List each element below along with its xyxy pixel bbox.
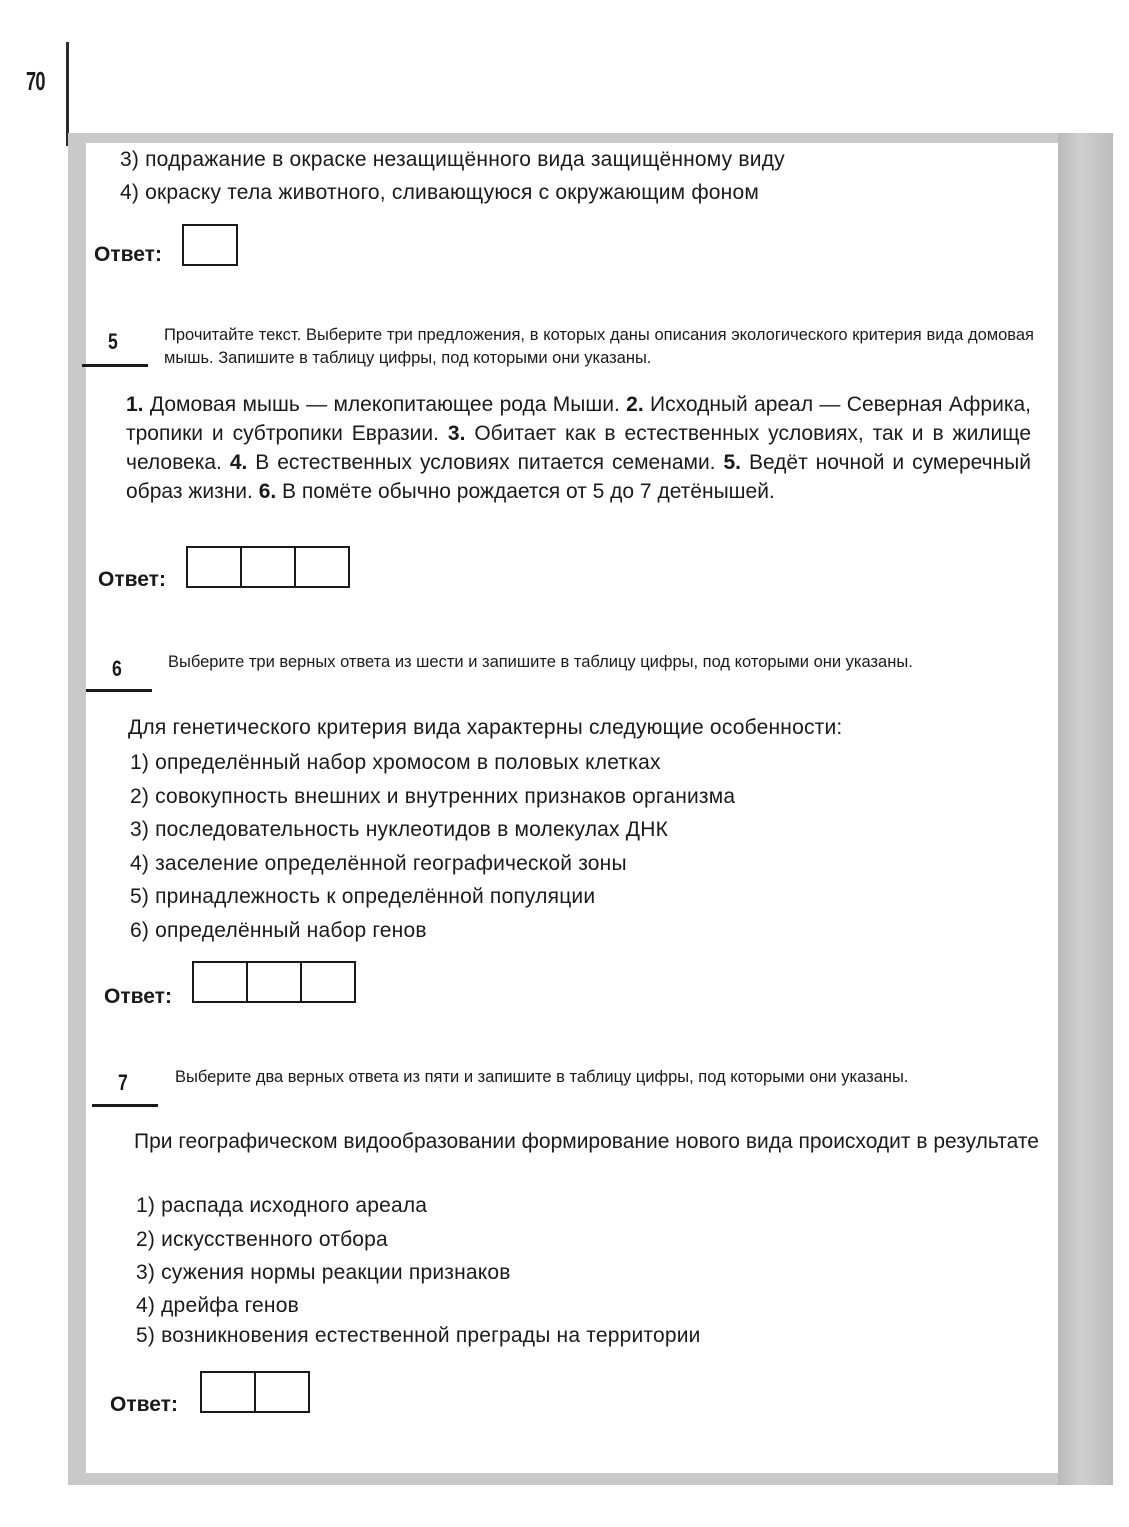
sentence-text: В помёте обычно рождается от 5 до 7 детё… [276, 480, 775, 503]
sentence-number: 5. [723, 451, 741, 474]
answer-cell[interactable] [242, 548, 296, 586]
task4-option-3: 3) подражание в окраске незащищённого ви… [120, 148, 785, 172]
task5-instruction: Прочитайте текст. Выберите три предложен… [164, 324, 1034, 370]
task6-option-6: 6) определённый набор генов [130, 919, 427, 943]
task7-option-4: 4) дрейфа генов [136, 1294, 299, 1318]
sentence-number: 1. [126, 393, 144, 416]
answer-cell[interactable] [248, 963, 302, 1001]
sentence-number: 3. [448, 422, 466, 445]
task5-passage: 1. Домовая мышь — млекопитающее рода Мыш… [126, 390, 1031, 506]
page-number: 70 [26, 66, 45, 97]
answer-cell[interactable] [202, 1373, 256, 1411]
task7-answer-label: Ответ: [110, 1393, 178, 1417]
task6-number: 6 [112, 656, 122, 682]
task4-answer-label: Ответ: [94, 243, 162, 267]
task7-option-2: 2) искусственного отбора [136, 1228, 388, 1252]
task6-option-2: 2) совокупность внешних и внутренних при… [130, 785, 735, 809]
task6-answer-boxes [192, 961, 356, 1003]
task6-option-5: 5) принадлежность к определённой популяц… [130, 885, 595, 909]
task6-rule [86, 689, 152, 692]
task7-option-1: 1) распада исходного ареала [136, 1194, 427, 1218]
task7-option-3: 3) сужения нормы реакции признаков [136, 1261, 511, 1285]
task6-option-4: 4) заселение определённой географической… [130, 852, 627, 876]
task7-option-5: 5) возникновения естественной преграды н… [136, 1324, 701, 1348]
page-frame-shadow [1058, 133, 1113, 1485]
sentence-number: 4. [230, 451, 248, 474]
task5-answer-boxes [186, 546, 350, 588]
task6-stem: Для генетического критерия вида характер… [128, 716, 842, 740]
task6-answer-label: Ответ: [104, 985, 172, 1009]
task7-stem: При географическом видообразовании форми… [134, 1126, 1044, 1157]
answer-cell[interactable] [302, 963, 354, 1001]
answer-cell[interactable] [256, 1373, 308, 1411]
answer-cell[interactable] [188, 548, 242, 586]
sentence-text: В естественных условиях питается семенам… [247, 451, 723, 474]
answer-cell[interactable] [296, 548, 348, 586]
task6-option-3: 3) последовательность нуклеотидов в моле… [130, 818, 668, 842]
answer-cell[interactable] [194, 963, 248, 1001]
task4-option-4: 4) окраску тела животного, сливающуюся с… [120, 181, 759, 205]
answer-cell[interactable] [184, 226, 236, 264]
task5-answer-label: Ответ: [98, 568, 166, 592]
task5-rule [82, 364, 148, 367]
margin-rule [66, 42, 69, 146]
task7-rule [92, 1104, 158, 1107]
task7-instruction: Выберите два верных ответа из пяти и зап… [175, 1066, 1045, 1089]
task7-answer-boxes [200, 1371, 310, 1413]
sentence-number: 2. [626, 393, 644, 416]
task4-answer-boxes [182, 224, 238, 266]
task5-number: 5 [108, 329, 118, 355]
sentence-number: 6. [259, 480, 277, 503]
task6-option-1: 1) определённый набор хромосом в половых… [130, 751, 661, 775]
task7-number: 7 [118, 1070, 128, 1096]
sentence-text: Домовая мышь — млекопитающее рода Мыши. [144, 393, 627, 416]
task6-instruction: Выберите три верных ответа из шести и за… [168, 651, 1038, 674]
